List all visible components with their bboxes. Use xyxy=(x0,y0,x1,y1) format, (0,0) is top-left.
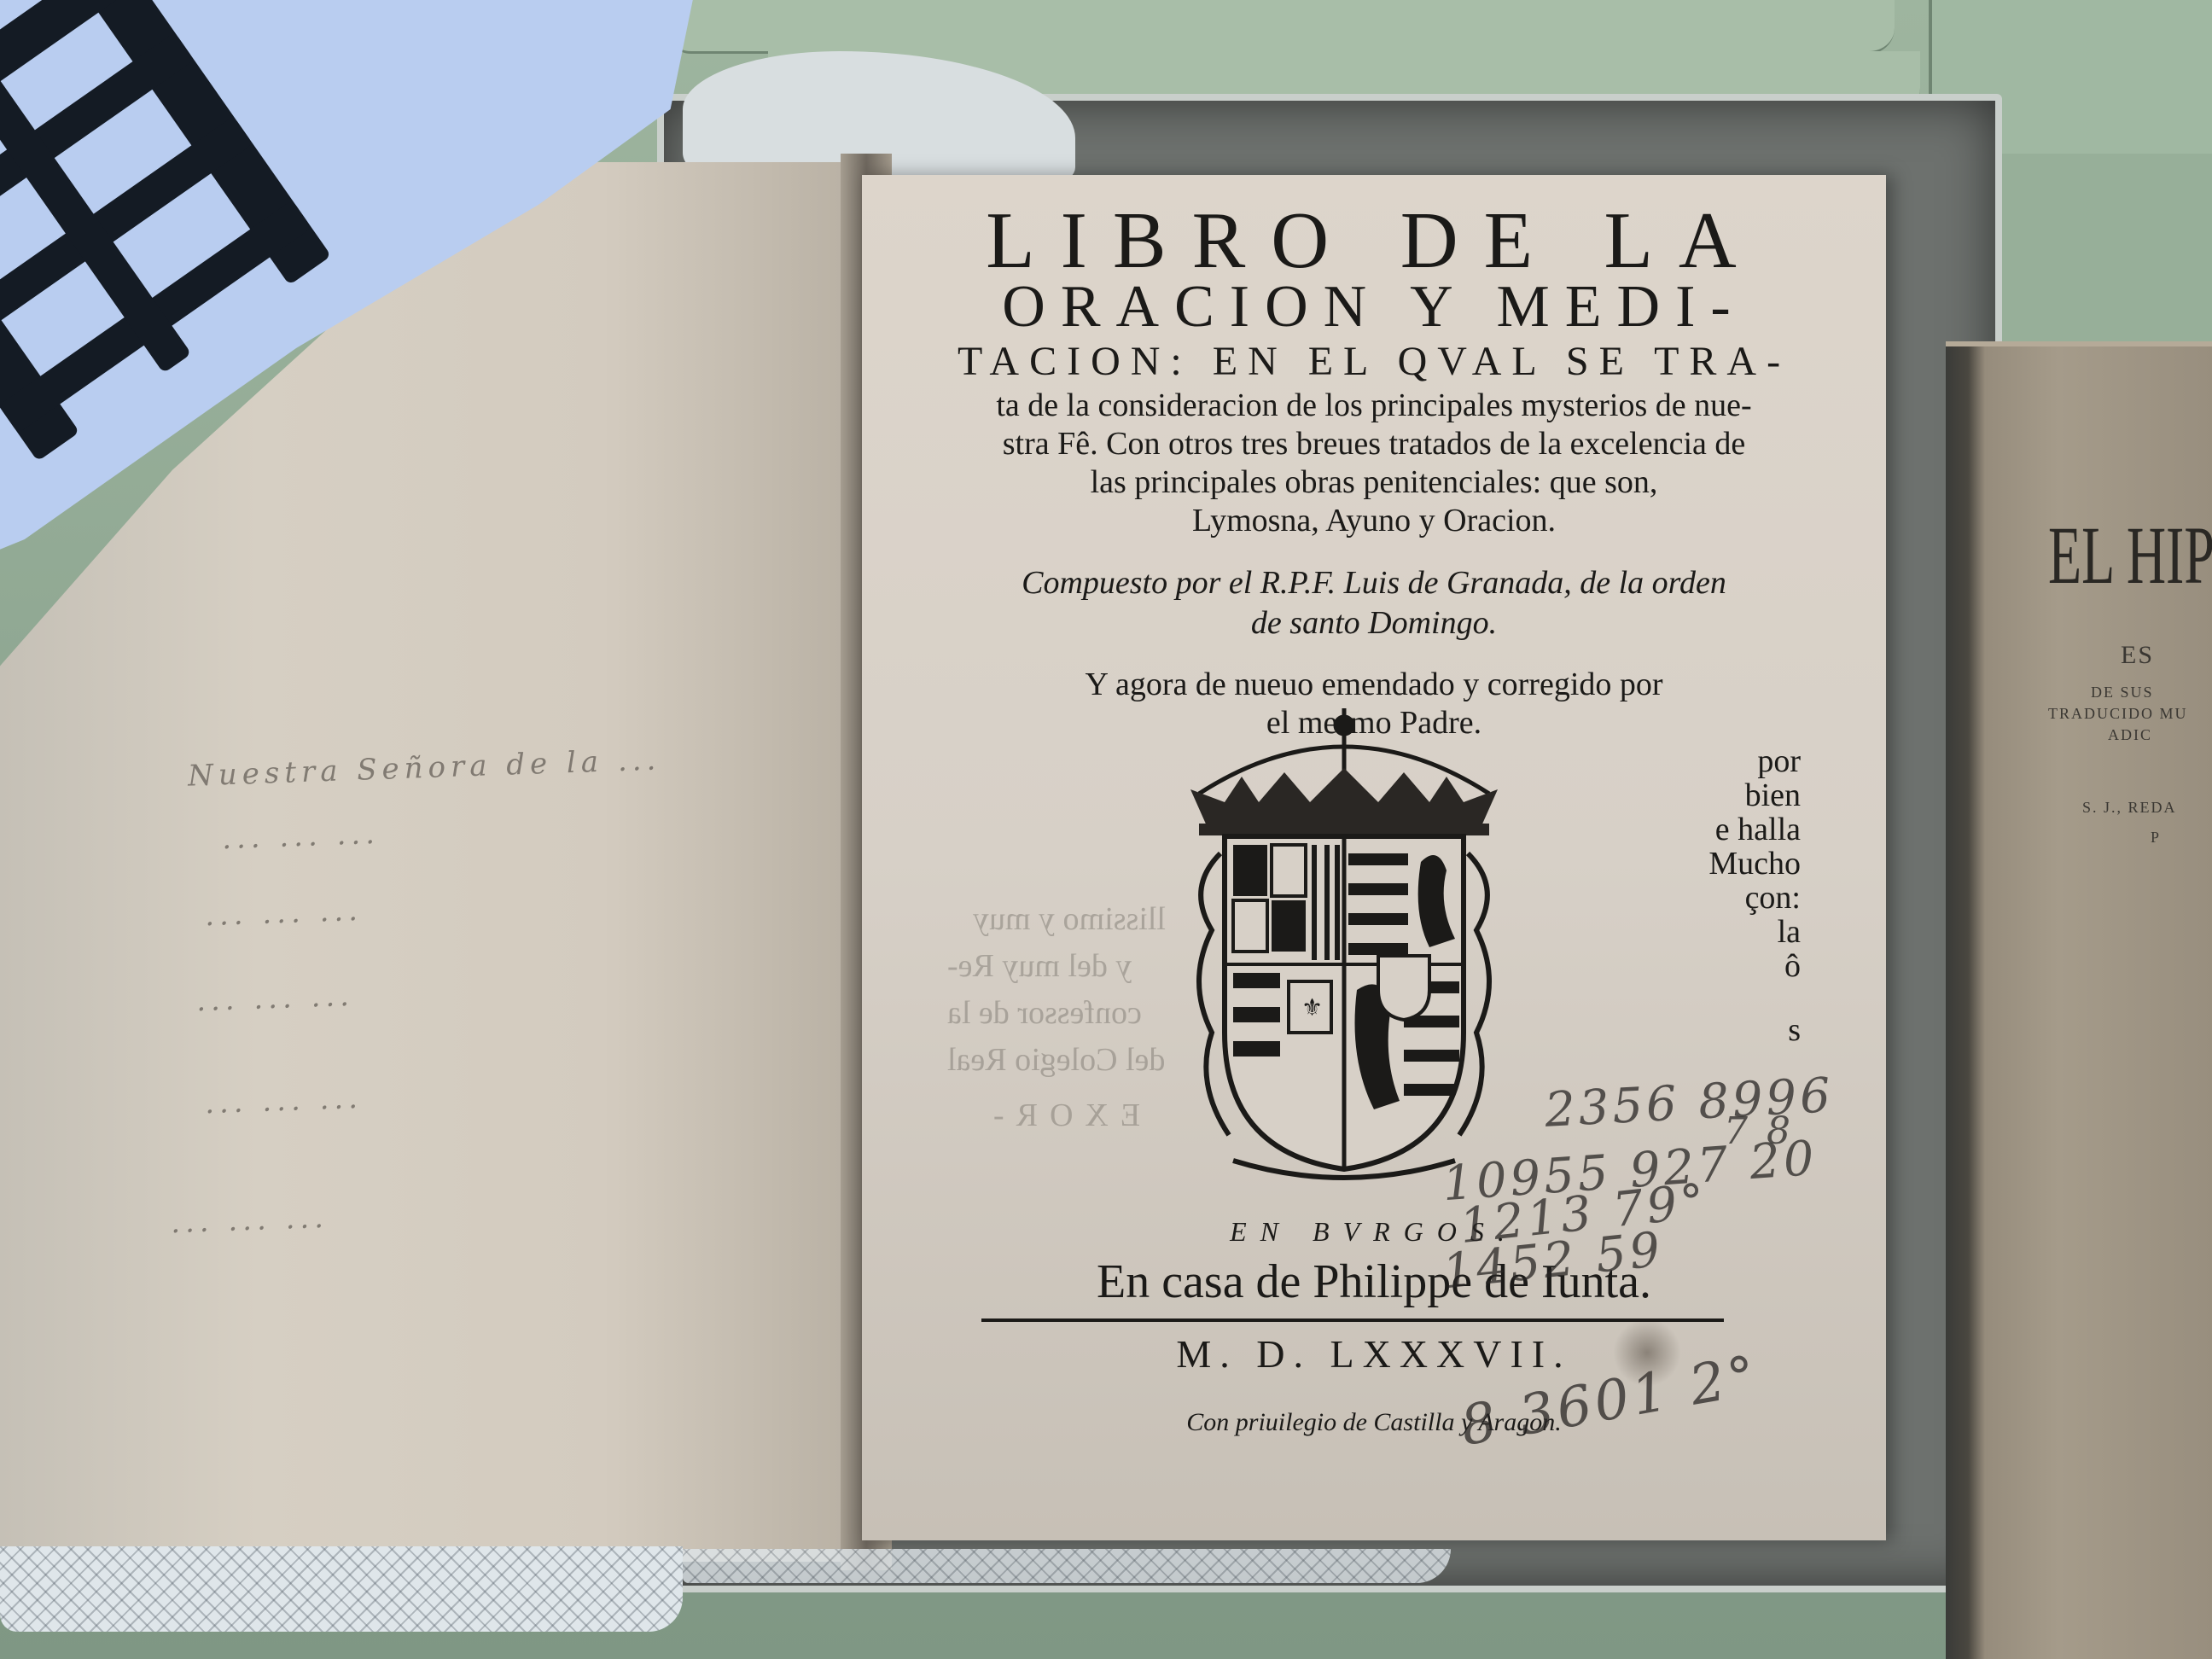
printer-name: En casa de Philippe de Iunta. xyxy=(862,1254,1886,1309)
title-line-3: TACION: EN EL QVAL SE TRA- xyxy=(862,341,1886,382)
second-book-line: ADIC xyxy=(2108,726,2152,744)
handwritten-line: Nuestra Señora de la ... xyxy=(187,742,661,793)
svg-text:⚜: ⚜ xyxy=(1301,995,1323,1022)
handwritten-line: ... ... ... xyxy=(221,817,380,856)
horizontal-rule xyxy=(981,1318,1724,1322)
handwritten-line: ... ... ... xyxy=(170,1201,329,1240)
edge-fragment: la xyxy=(1647,913,1801,951)
edge-fragment: Mucho xyxy=(1647,845,1801,882)
second-book-line: TRADUCIDO MU xyxy=(2048,705,2188,723)
author-line: Compuesto por el R.P.F. Luis de Granada,… xyxy=(862,563,1886,604)
second-book: EL HIP ES DE SUS TRADUCIDO MU ADIC S. J.… xyxy=(1946,341,2212,1659)
edge-fragment: bien xyxy=(1647,777,1801,814)
edge-fragment: por xyxy=(1647,742,1801,780)
subtitle-line: ta de la consideracion de los principale… xyxy=(862,387,1886,425)
bleed-through-line: y del muy Re- xyxy=(947,947,1132,985)
subtitle-line: las principales obras penitenciales: que… xyxy=(862,463,1886,502)
title-line-1: LIBRO DE LA xyxy=(862,201,1886,281)
handwritten-line: ... ... ... xyxy=(204,1081,363,1121)
title-line-2: ORACION Y MEDI- xyxy=(862,277,1886,337)
royal-coat-of-arms-woodcut: ⚜ xyxy=(1173,708,1515,1186)
edge-fragment: ô xyxy=(1647,947,1801,985)
bleed-through-word: EXOR- xyxy=(981,1097,1140,1134)
edge-fragment: s xyxy=(1647,1011,1801,1049)
edge-fragment: çon: xyxy=(1647,879,1801,917)
drawer-rail xyxy=(666,0,1895,54)
bleed-through-line: llissimo y muy xyxy=(973,900,1166,938)
lace-cloth-bottom xyxy=(0,1546,683,1632)
ink-stain xyxy=(1613,1318,1681,1387)
handwritten-line: ... ... ... xyxy=(204,894,363,933)
revision-line: Y agora de nueuo emendado y corregido po… xyxy=(862,666,1886,704)
second-book-line: P xyxy=(2151,829,2161,847)
second-book-line: ES xyxy=(2121,641,2154,670)
subtitle-line: stra Fê. Con otros tres breues tratados … xyxy=(862,425,1886,463)
bleed-through-line: confessor de la xyxy=(947,994,1142,1032)
second-book-line: S. J., REDA xyxy=(2082,799,2177,817)
imprint-city: EN BVRGOS. xyxy=(862,1216,1886,1248)
handwritten-line: ... ... ... xyxy=(195,979,354,1018)
bleed-through-line: del Colegio Real xyxy=(947,1041,1165,1079)
author-line: de santo Domingo. xyxy=(862,603,1886,644)
royal-privilege: Con priuilegio de Castilla y Aragon. xyxy=(862,1408,1886,1437)
second-book-title: EL HIP xyxy=(2048,509,2212,603)
edge-fragment: e halla xyxy=(1647,811,1801,848)
subtitle-line: Lymosna, Ayuno y Oracion. xyxy=(862,502,1886,540)
second-book-line: DE SUS xyxy=(2091,684,2154,701)
lace-cloth-bottom xyxy=(683,1549,1451,1583)
